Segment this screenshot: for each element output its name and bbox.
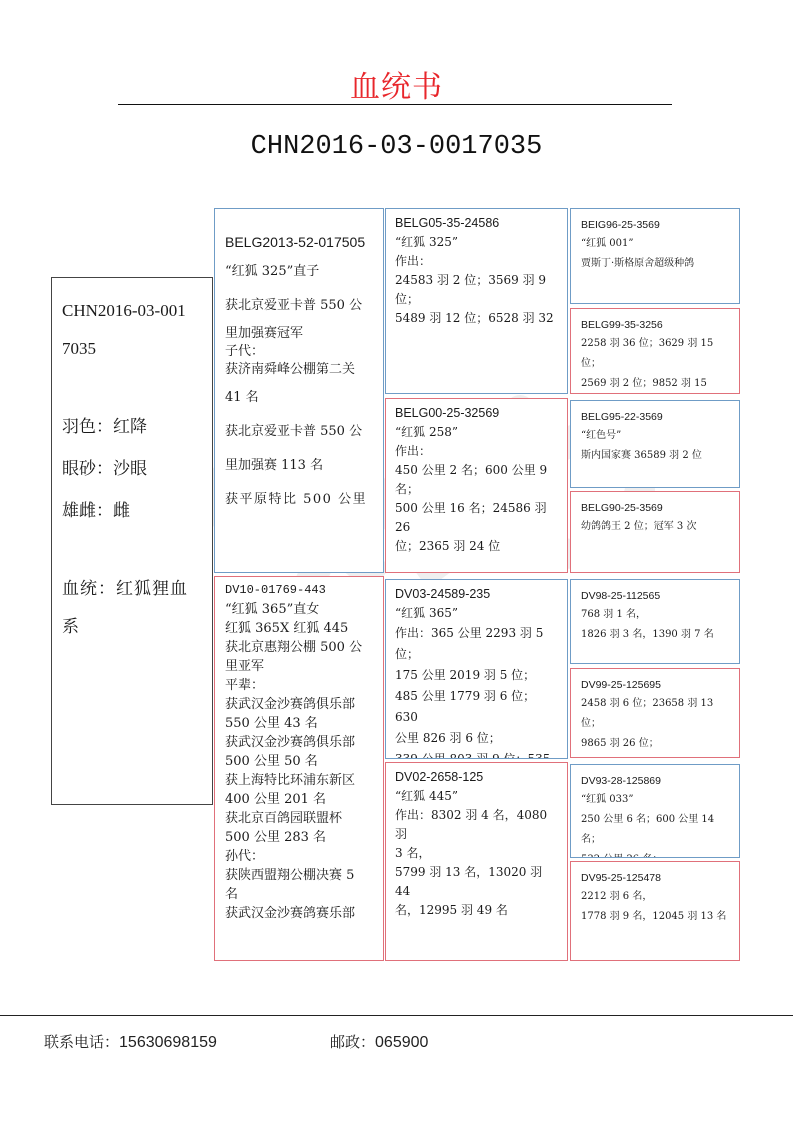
great-grandparent-line: 幼鸽鸽王 2 位；冠军 3 次 xyxy=(581,517,729,537)
sire-ring: BELG2013-52-017505 xyxy=(225,229,373,255)
grandparent-line: 位；2365 羽 24 位 xyxy=(395,537,558,556)
great-grandparent-line: “红狐 033” xyxy=(581,790,729,810)
great-grandparent-line: 1778 羽 9 名，12045 羽 13 名 xyxy=(581,907,729,927)
great-grandparent-line: 2212 羽 6 名， xyxy=(581,887,729,907)
postcode-number: 065900 xyxy=(375,1034,428,1051)
grandparent-name: “红狐 365” xyxy=(395,604,558,623)
great-grandparent-ring: BELG90-25-3569 xyxy=(581,499,729,517)
grandparent-line: 3 名， xyxy=(395,844,558,863)
grandparent-line: 24583 羽 2 位；3569 羽 9 位； xyxy=(395,271,558,309)
grandparent-ring: BELG00-25-32569 xyxy=(395,404,558,423)
great-grandparent-card: DV99-25-125695 2458 羽 6 位；23658 羽 13 位； … xyxy=(570,668,740,758)
sire-line: 获平原特比 500 公里 xyxy=(225,487,373,513)
great-grandparent-line: 贾斯丁·斯格原舍超级种鸽 xyxy=(581,254,729,274)
great-grandparent-line: 768 羽 1 名， xyxy=(581,605,729,625)
great-grandparent-card: DV95-25-125478 2212 羽 6 名， 1778 羽 9 名，12… xyxy=(570,861,740,961)
great-grandparent-line: 2258 羽 36 位；3629 羽 15 位； xyxy=(581,334,729,374)
sire-line: 获北京爱亚卡普 550 公 xyxy=(225,419,373,445)
sire-name: “红狐 325”直子 xyxy=(225,259,373,285)
dam-line: 获武汉金沙赛鸽俱乐部 xyxy=(225,695,373,714)
grandparent-line: 485 公里 1779 羽 6 位；630 xyxy=(395,686,558,728)
grandparent-card-dam-dam: DV02-2658-125 “红狐 445” 作出：8302 羽 4 名，408… xyxy=(385,762,568,961)
footer-divider xyxy=(0,1015,793,1016)
dam-line: 获陕西盟翔公棚决赛 5 xyxy=(225,866,373,885)
grandparent-card-sire-sire: BELG05-35-24586 “红狐 325” 作出： 24583 羽 2 位… xyxy=(385,208,568,394)
dam-line: 获武汉金沙赛鸽赛乐部 xyxy=(225,904,373,923)
dam-ring: DV10-01769-443 xyxy=(225,581,373,600)
grandparent-line: 作出： xyxy=(395,252,558,271)
grandparent-ring: DV02-2658-125 xyxy=(395,768,558,787)
dam-line: 孙代： xyxy=(225,847,373,866)
great-grandparent-line: 250 公里 6 名；600 公里 14 名； xyxy=(581,810,729,850)
dam-line: 获武汉金沙赛鸽俱乐部 xyxy=(225,733,373,752)
eye-sign: 眼砂：沙眼 xyxy=(62,448,202,490)
subject-ring-line2: 7035 xyxy=(62,330,202,368)
grandparent-line: 公里 826 羽 6 位； xyxy=(395,728,558,749)
grandparent-line: 175 公里 2019 羽 5 位； xyxy=(395,665,558,686)
great-grandparent-ring: DV98-25-112565 xyxy=(581,587,729,605)
grandparent-line: 作出： xyxy=(395,442,558,461)
grandparent-line: 339 公里 803 羽 9 位；535 公 xyxy=(395,749,558,759)
grandparent-line: 作出：8302 羽 4 名，4080 羽 xyxy=(395,806,558,844)
great-grandparent-line: 2458 羽 6 位；23658 羽 13 位； xyxy=(581,694,729,734)
dam-line: 500 公里 283 名 xyxy=(225,828,373,847)
document-title: 血统书 xyxy=(0,62,793,106)
great-grandparent-ring: BEIG96-25-3569 xyxy=(581,216,729,234)
grandparent-card-dam-sire: DV03-24589-235 “红狐 365” 作出：365 公里 2293 羽… xyxy=(385,579,568,759)
great-grandparent-line: 532 公里 26 名； xyxy=(581,850,729,858)
phone-label: 联系电话： xyxy=(44,1033,119,1051)
subject-pigeon-card: CHN2016-03-001 7035 羽色：红降 眼砂：沙眼 雄雌：雌 血统：… xyxy=(51,277,213,805)
great-grandparent-ring: DV99-25-125695 xyxy=(581,676,729,694)
great-grandparent-ring: DV95-25-125478 xyxy=(581,869,729,887)
dam-line: 获北京百鸽园联盟杯 xyxy=(225,809,373,828)
sire-line: 41 名 xyxy=(225,385,373,411)
great-grandparent-ring: BELG99-35-3256 xyxy=(581,316,729,334)
grandparent-name: “红狐 325” xyxy=(395,233,558,252)
dam-line: 获上海特比环浦东新区 xyxy=(225,771,373,790)
title-divider xyxy=(118,104,672,105)
dam-line: 名 xyxy=(225,885,373,904)
great-grandparent-line: 9865 羽 26 位； xyxy=(581,734,729,754)
sire-line: 子代： xyxy=(225,343,373,361)
sire-line: 里加强赛 113 名 xyxy=(225,453,373,479)
dam-line: 获北京惠翔公棚 500 公 xyxy=(225,638,373,657)
postcode: 邮政：065900 xyxy=(330,1031,428,1052)
grandparent-card-sire-dam: BELG00-25-32569 “红狐 258” 作出： 450 公里 2 名；… xyxy=(385,398,568,573)
great-grandparent-line: 1826 羽 3 名，1390 羽 7 名 xyxy=(581,625,729,645)
great-grandparent-card: BELG95-22-3569 “红色号” 斯内国家赛 36589 羽 2 位 xyxy=(570,400,740,488)
great-grandparent-card: DV98-25-112565 768 羽 1 名， 1826 羽 3 名，139… xyxy=(570,579,740,664)
dam-card: DV10-01769-443 “红狐 365”直女 红狐 365X 红狐 445… xyxy=(214,576,384,961)
great-grandparent-line: 2569 羽 2 位；9852 羽 15 位； xyxy=(581,374,729,394)
grandparent-name: “红狐 445” xyxy=(395,787,558,806)
grandparent-ring: BELG05-35-24586 xyxy=(395,214,558,233)
dam-line: 400 公里 201 名 xyxy=(225,790,373,809)
bloodline-line2: 系 xyxy=(62,608,202,646)
great-grandparent-card: BELG90-25-3569 幼鸽鸽王 2 位；冠军 3 次 xyxy=(570,491,740,573)
grandparent-line: 450 公里 2 名；600 公里 9 名； xyxy=(395,461,558,499)
grandparent-line: 作出：365 公里 2293 羽 5 位； xyxy=(395,623,558,665)
sire-line: 里加强赛冠军 xyxy=(225,325,373,343)
great-grandparent-ring: DV93-28-125869 xyxy=(581,772,729,790)
dam-line: 550 公里 43 名 xyxy=(225,714,373,733)
grandparent-line: 500 公里 16 名；24586 羽 26 xyxy=(395,499,558,537)
sire-line: 获济南舜峰公棚第二关 xyxy=(225,361,373,379)
grandparent-name: “红狐 258” xyxy=(395,423,558,442)
great-grandparent-card: DV93-28-125869 “红狐 033” 250 公里 6 名；600 公… xyxy=(570,764,740,858)
dam-line: 红狐 365X 红狐 445 xyxy=(225,619,373,638)
feather-color: 羽色：红降 xyxy=(62,406,202,448)
subject-ring-line1: CHN2016-03-001 xyxy=(62,292,202,330)
dam-line: 500 公里 50 名 xyxy=(225,752,373,771)
great-grandparent-line: “红狐 001” xyxy=(581,234,729,254)
dam-line: 平辈： xyxy=(225,676,373,695)
sex: 雄雌：雌 xyxy=(62,490,202,532)
grandparent-ring: DV03-24589-235 xyxy=(395,585,558,604)
dam-name: “红狐 365”直女 xyxy=(225,600,373,619)
subject-ring-number: CHN2016-03-0017035 xyxy=(0,132,793,162)
sire-card: BELG2013-52-017505 “红狐 325”直子 获北京爱亚卡普 55… xyxy=(214,208,384,573)
dam-line: 里亚军 xyxy=(225,657,373,676)
contact-phone: 联系电话：15630698159 xyxy=(44,1031,217,1052)
grandparent-line: 5799 羽 13 名，13020 羽 44 xyxy=(395,863,558,901)
sire-line: 获北京爱亚卡普 550 公 xyxy=(225,293,373,319)
grandparent-line: 名，12995 羽 49 名 xyxy=(395,901,558,920)
great-grandparent-line: 斯内国家赛 36589 羽 2 位 xyxy=(581,446,729,466)
phone-number: 15630698159 xyxy=(119,1034,217,1051)
great-grandparent-card: BELG99-35-3256 2258 羽 36 位；3629 羽 15 位； … xyxy=(570,308,740,394)
postcode-label: 邮政： xyxy=(330,1033,375,1051)
bloodline-line1: 血统：红狐狸血 xyxy=(62,570,202,608)
great-grandparent-line: “红色号” xyxy=(581,426,729,446)
great-grandparent-card: BEIG96-25-3569 “红狐 001” 贾斯丁·斯格原舍超级种鸽 xyxy=(570,208,740,304)
great-grandparent-ring: BELG95-22-3569 xyxy=(581,408,729,426)
grandparent-line: 5489 羽 12 位；6528 羽 32 xyxy=(395,309,558,328)
